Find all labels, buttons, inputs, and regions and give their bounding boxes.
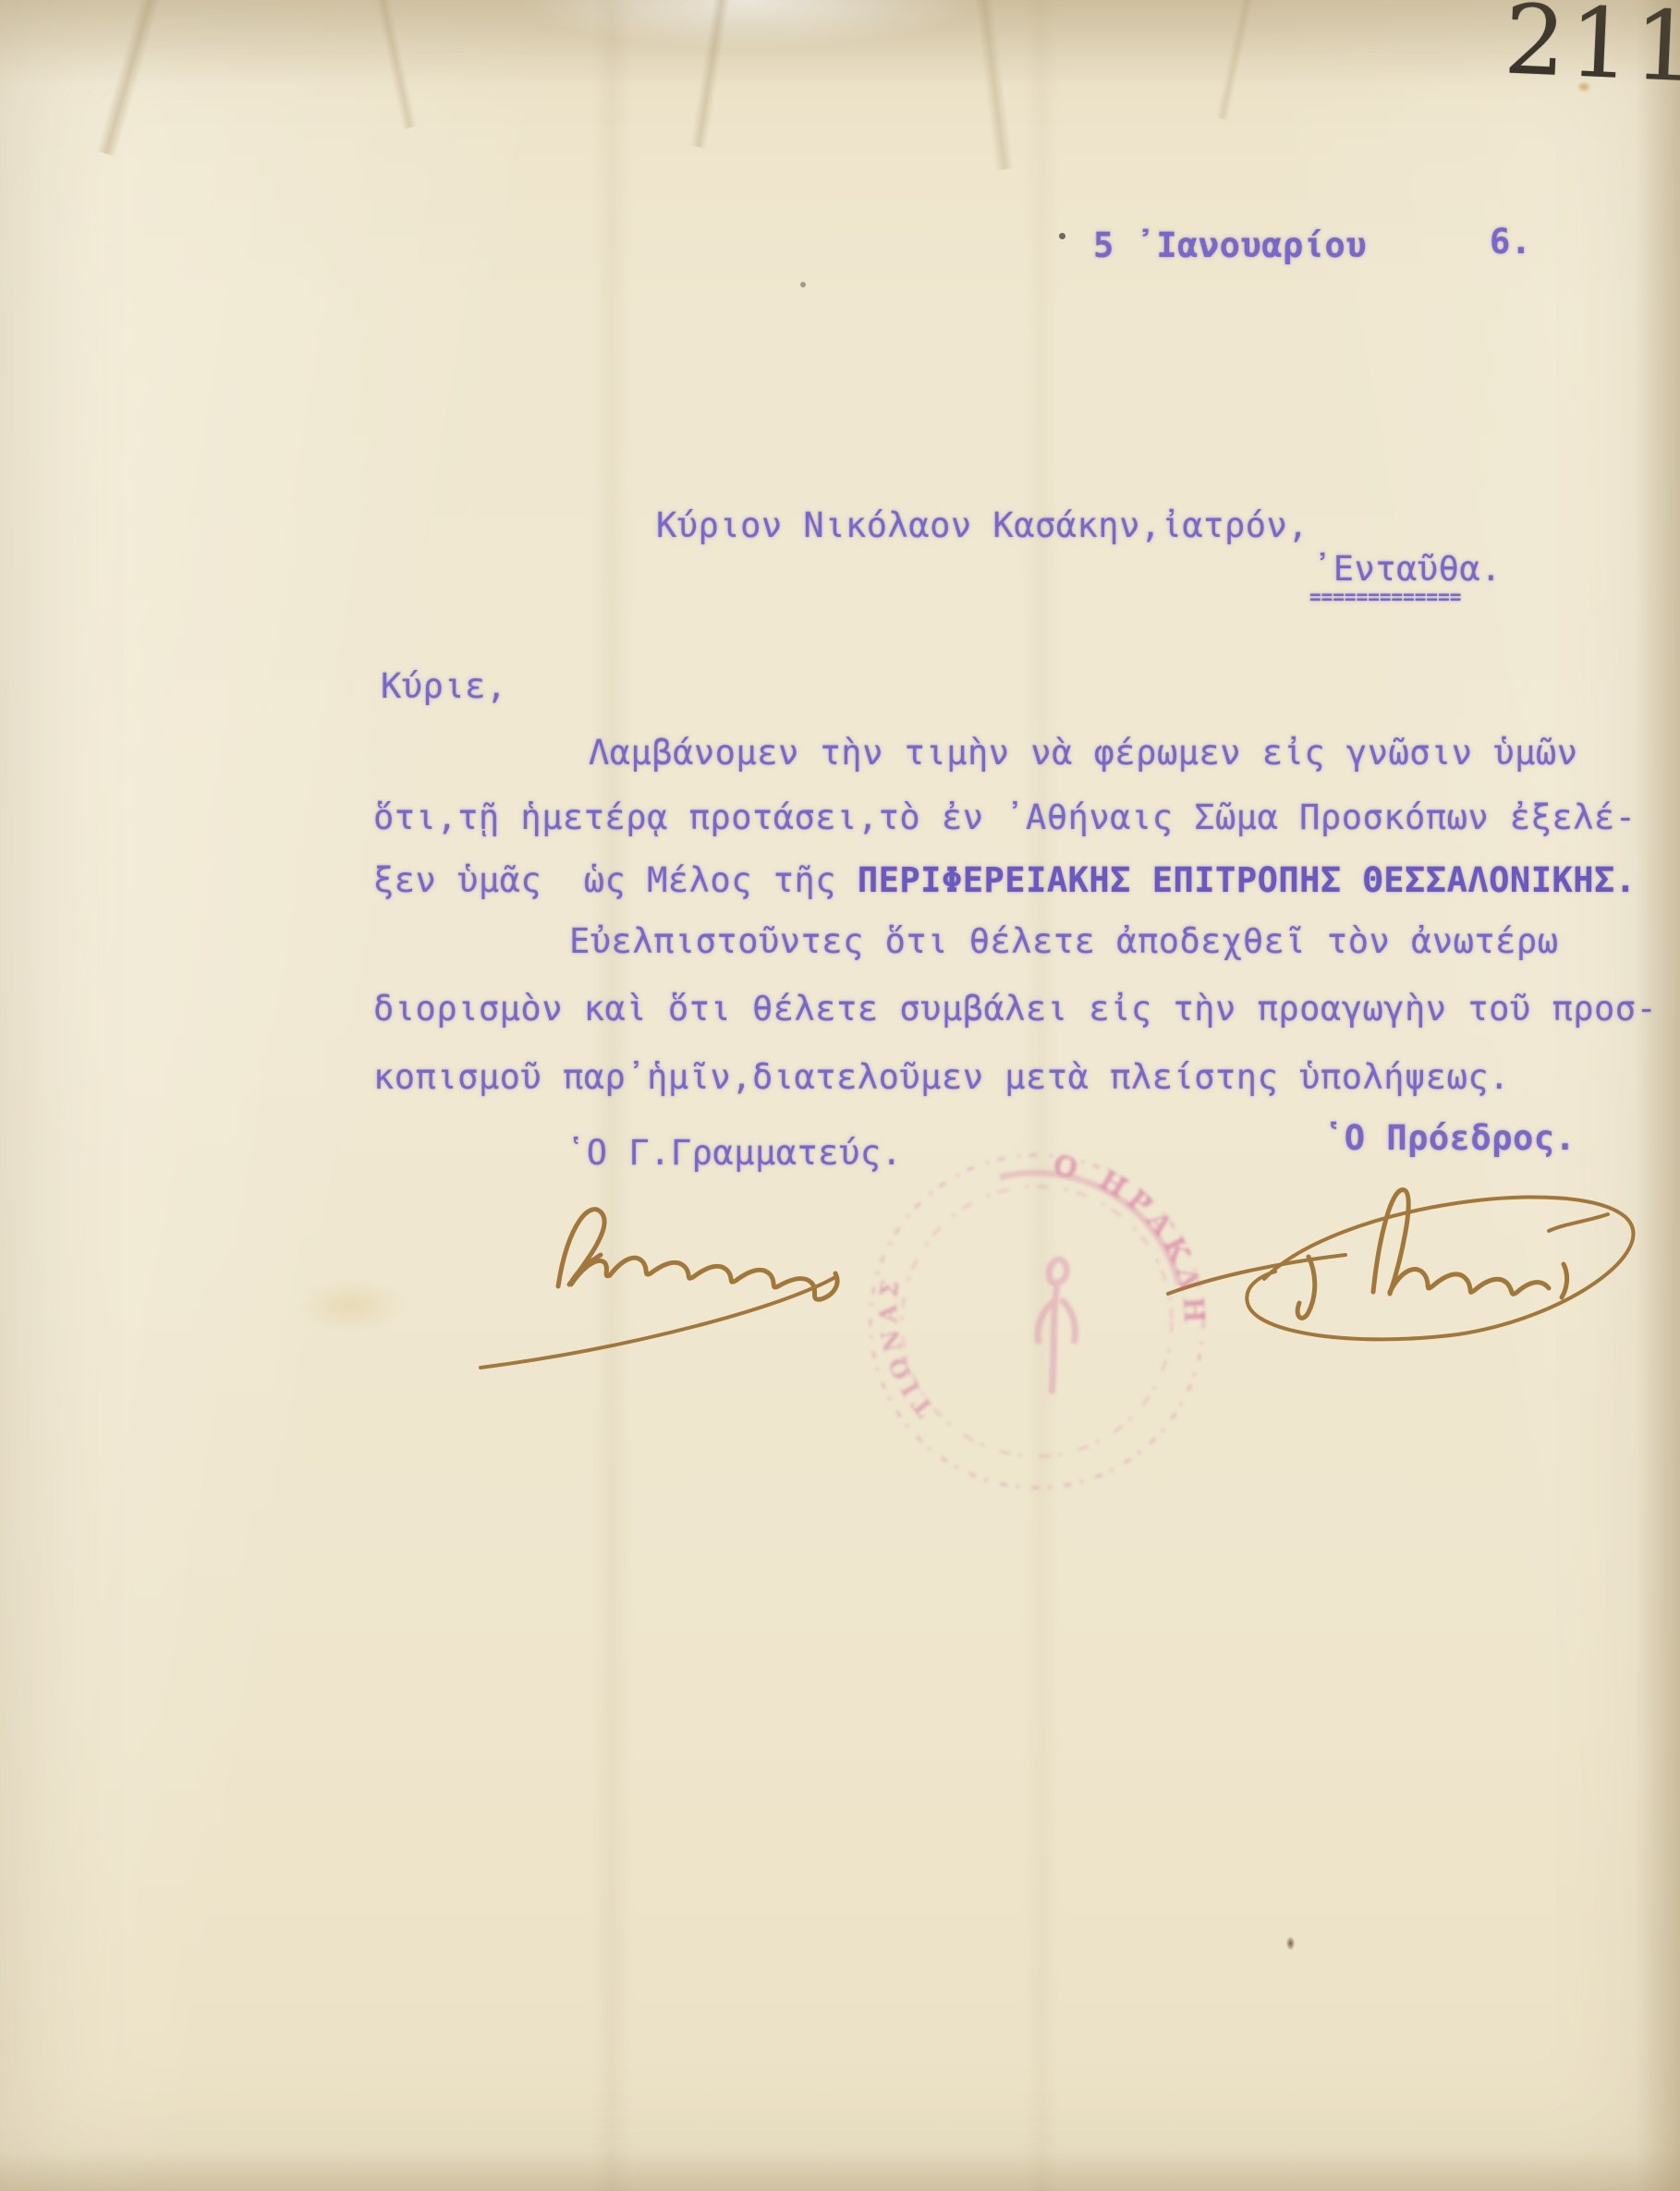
paper-vignette xyxy=(0,0,1680,2191)
scanned-letter-page: 211 5 ᾽Ιανουαρίου 6. Κύριον Νικόλαον Κασ… xyxy=(0,0,1680,2191)
